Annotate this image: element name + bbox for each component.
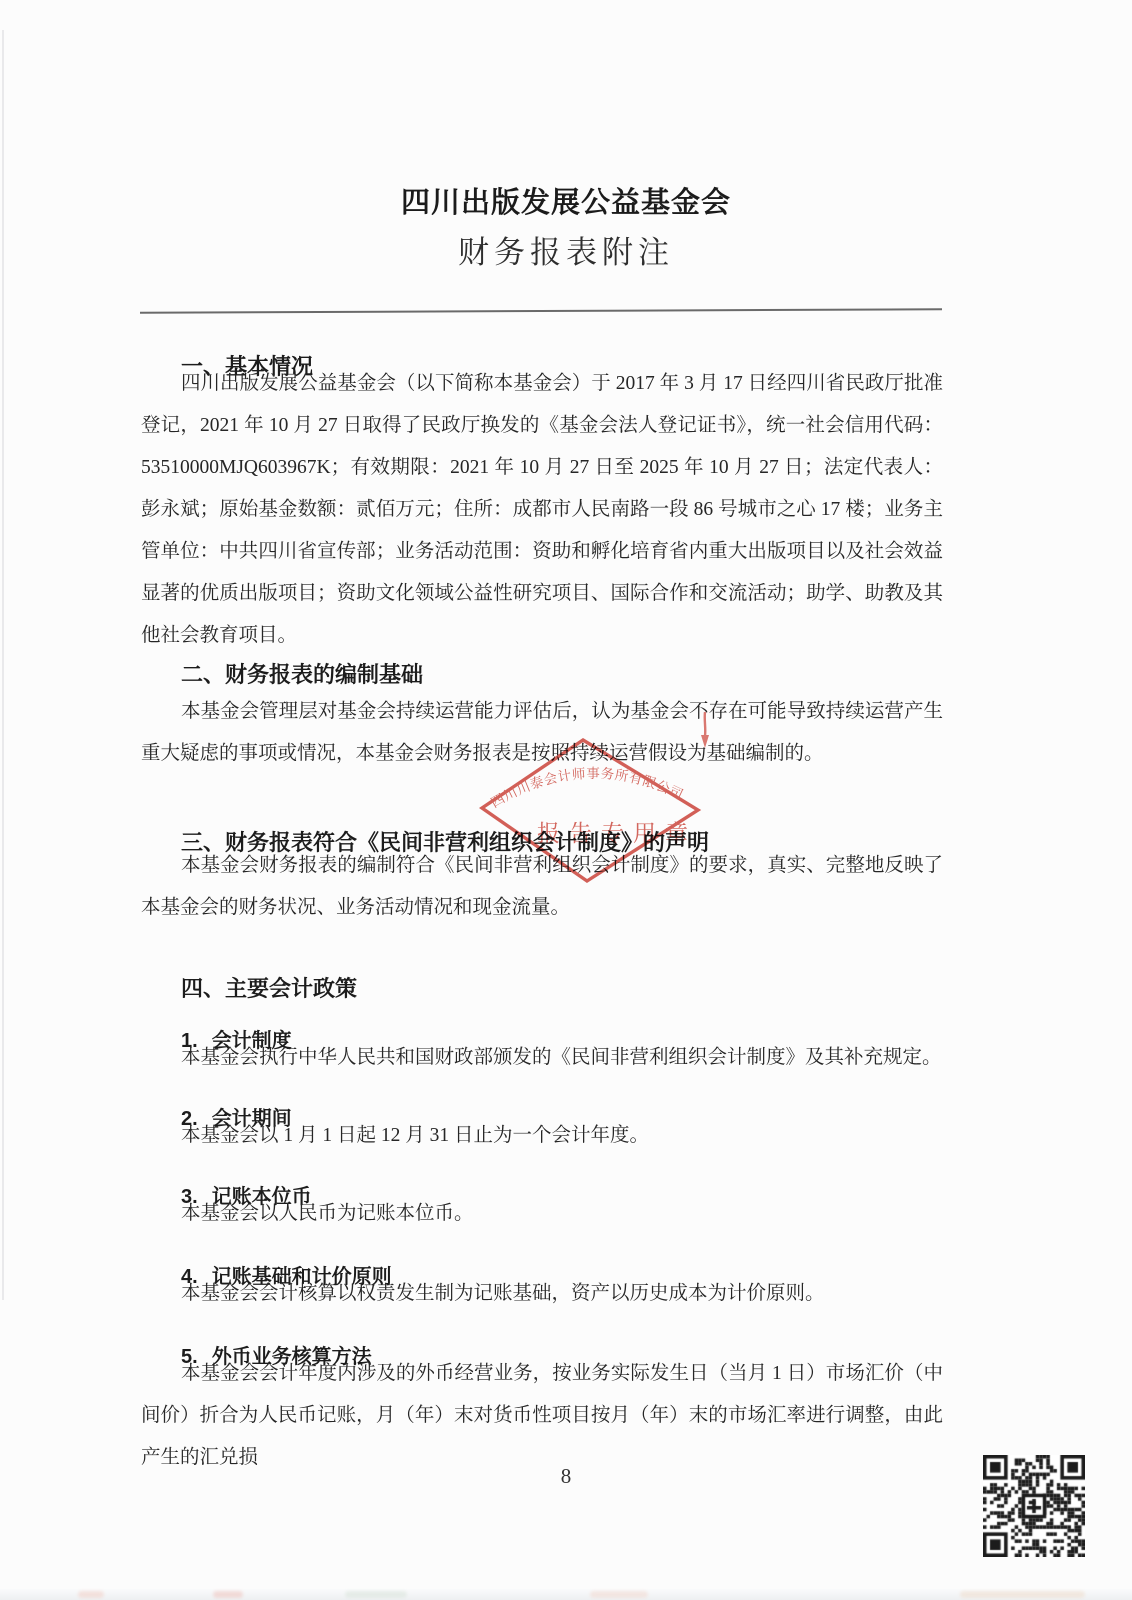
policy-item-2-text: 本基金会以 1 月 1 日起 12 月 31 日止为一个会计年度。 (141, 1115, 943, 1157)
title-divider (140, 308, 942, 313)
qr-code (983, 1455, 1085, 1557)
page-number: 8 (0, 1464, 1132, 1489)
policy-item-3-text: 本基金会以人民币为记账本位币。 (141, 1193, 943, 1235)
document-page: 四川出版发展公益基金会 财务报表附注 一、基本情况 四川出版发展公益基金会（以下… (0, 0, 1132, 1600)
scan-artifact (345, 1591, 407, 1598)
policy-item-5-text: 本基金会会计年度内涉及的外币经营业务，按业务实际发生日（当月 1 日）市场汇价（… (141, 1353, 943, 1479)
red-ink-mark (697, 710, 713, 754)
seal-text: 报告专用章 (537, 820, 697, 846)
scan-artifact (78, 1591, 104, 1598)
scan-artifact (213, 1591, 243, 1598)
policy-item-1-text: 本基金会执行中华人民共和国财政部颁发的《民间非营利组织会计制度》及其补充规定。 (141, 1037, 943, 1079)
document-subtitle: 财务报表附注 (0, 227, 1132, 272)
seal-company-name: 四川川泰会计师事务所有限公司 (488, 765, 686, 811)
section-heading-4: 四、主要会计政策 (181, 972, 357, 1003)
policy-item-4-text: 本基金会会计核算以权责发生制为记账基础，资产以历史成本为计价原则。 (141, 1273, 943, 1315)
scan-artifact (960, 1591, 1085, 1598)
document-title: 四川出版发展公益基金会 (0, 180, 1132, 221)
section-paragraph-1: 四川出版发展公益基金会（以下简称本基金会）于 2017 年 3 月 17 日经四… (141, 363, 943, 657)
seal-diamond-border (482, 740, 698, 881)
section-heading-2: 二、财务报表的编制基础 (181, 658, 423, 689)
company-seal-stamp: 四川川泰会计师事务所有限公司 报告专用章 (455, 698, 725, 898)
scan-artifact (590, 1591, 648, 1598)
